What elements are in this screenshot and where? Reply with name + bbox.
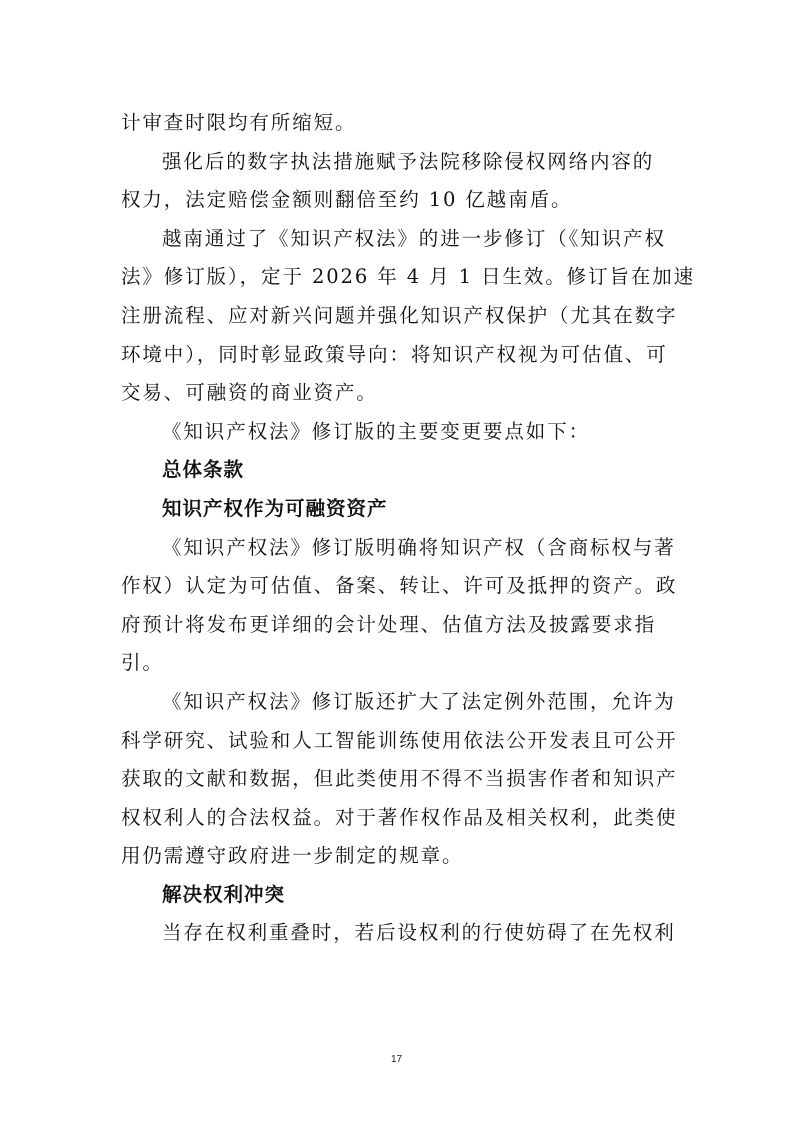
paragraph-ip-law-amendment-line: 注册流程、应对新兴问题并强化知识产权保护（尤其在数字 [121,297,677,336]
paragraph-statutory-exceptions-line: 《知识产权法》修订版还扩大了法定例外范围，允许为 [121,683,677,722]
paragraph-digital-enforcement-line: 强化后的数字执法措施赋予法院移除侵权网络内容的 [121,143,677,182]
subsection-heading-resolving-rights-conflicts: 解决权利冲突 [121,876,677,915]
paragraph-ip-asset-line: 引。 [121,644,677,683]
paragraph-digital-enforcement-line: 权力，法定赔偿金额则翻倍至约 10 亿越南盾。 [121,181,677,220]
paragraph-ip-asset-line: 作权）认定为可估值、备案、转让、许可及抵押的资产。政 [121,567,677,606]
page-number: 17 [0,1054,793,1065]
paragraph-key-changes-intro: 《知识产权法》修订版的主要变更要点如下： [121,413,677,452]
paragraph-ip-law-amendment-line: 交易、可融资的商业资产。 [121,374,677,413]
paragraph-statutory-exceptions-line: 权权利人的合法权益。对于著作权作品及相关权利，此类使 [121,799,677,838]
paragraph-statutory-exceptions-line: 用仍需遵守政府进一步制定的规章。 [121,837,677,876]
paragraph-ip-law-amendment-line: 越南通过了《知识产权法》的进一步修订（《知识产权 [121,220,677,259]
document-page-body: 计审查时限均有所缩短。 强化后的数字执法措施赋予法院移除侵权网络内容的 权力，法… [121,104,677,953]
paragraph-statutory-exceptions-line: 获取的文献和数据，但此类使用不得不当损害作者和知识产 [121,760,677,799]
paragraph-ip-asset-line: 《知识产权法》修订版明确将知识产权（含商标权与著 [121,529,677,568]
paragraph-ip-asset-line: 府预计将发布更详细的会计处理、估值方法及披露要求指 [121,606,677,645]
continuation-line: 计审查时限均有所缩短。 [121,104,677,143]
subsection-heading-ip-financeable-asset: 知识产权作为可融资资产 [121,490,677,529]
section-heading-general-provisions: 总体条款 [121,451,677,490]
paragraph-ip-law-amendment-line: 法》修订版），定于 2026 年 4 月 1 日生效。修订旨在加速 [121,258,677,297]
paragraph-rights-conflict-line: 当存在权利重叠时，若后设权利的行使妨碍了在先权利 [121,914,677,953]
paragraph-statutory-exceptions-line: 科学研究、试验和人工智能训练使用依法公开发表且可公开 [121,722,677,761]
paragraph-ip-law-amendment-line: 环境中），同时彰显政策导向：将知识产权视为可估值、可 [121,336,677,375]
